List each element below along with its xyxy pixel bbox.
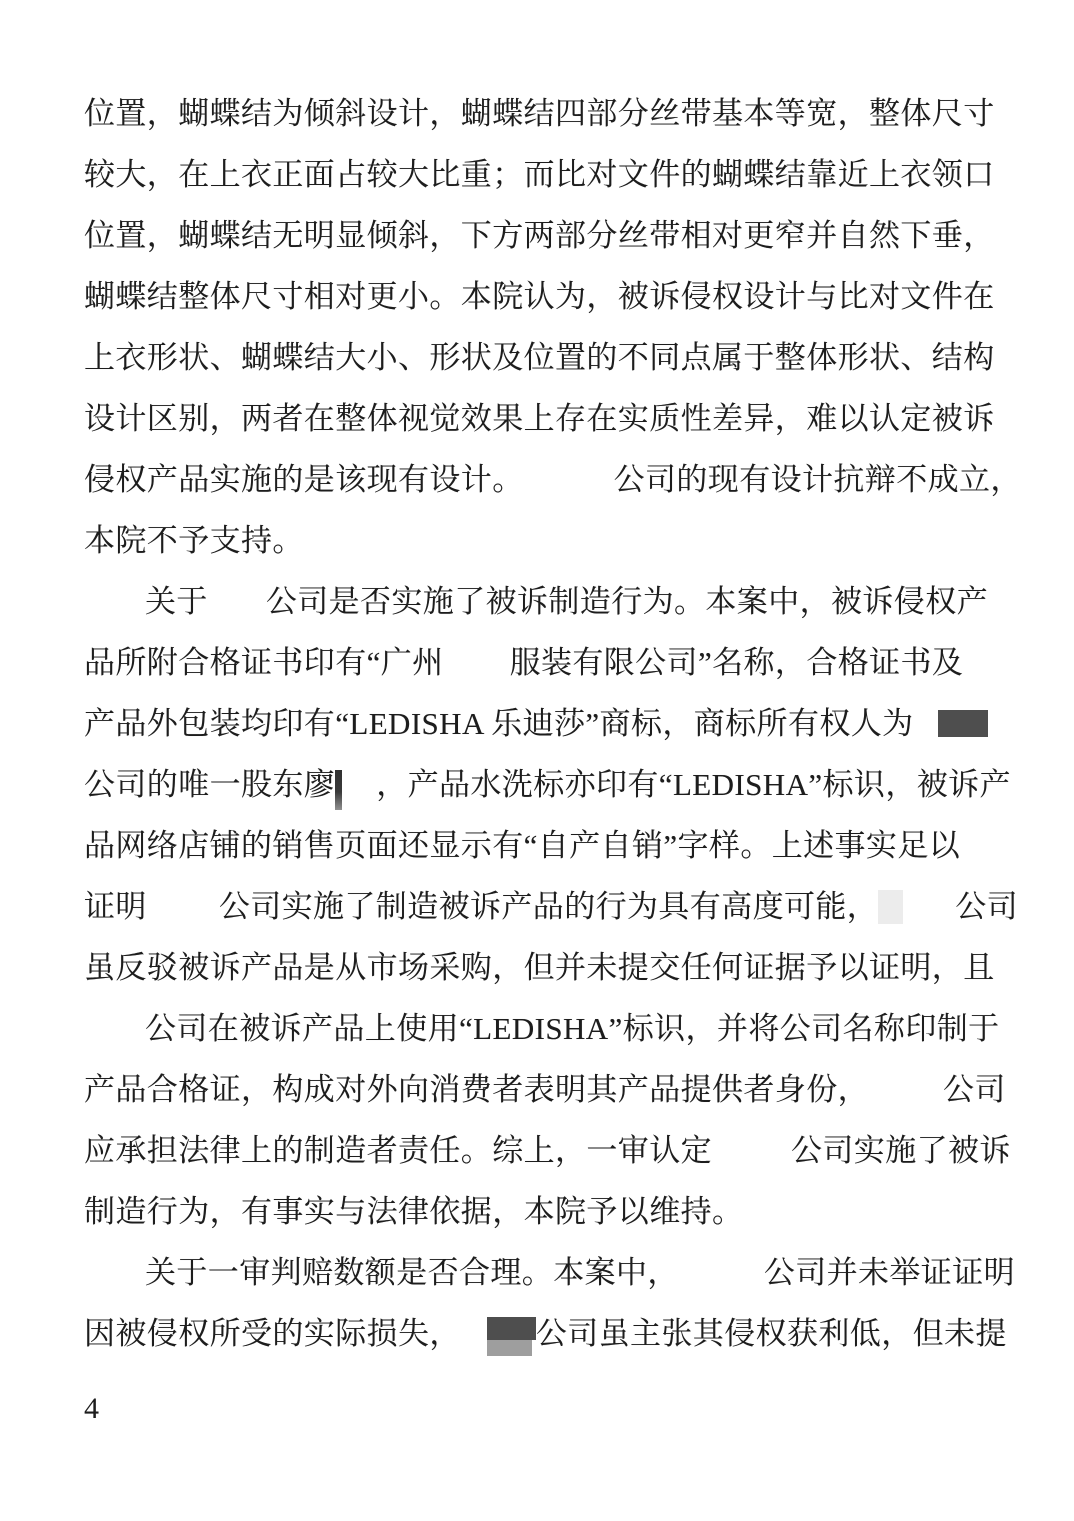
- page-number: 4: [84, 1392, 99, 1426]
- text-run: 本院不予支持。: [84, 510, 304, 571]
- text-line: 制造行为，有事实与法律依据，本院予以维持。: [84, 1181, 1002, 1242]
- text-line: 关于一审判赔数额是否合理。本案中，公司并未举证证明: [84, 1242, 1002, 1303]
- text-run: ，产品水洗标亦印有“LEDISHA”标识，被诉产: [376, 754, 1011, 815]
- text-line: 虽反驳被诉产品是从市场采购，但并未提交任何证据予以证明，且: [84, 937, 1002, 998]
- text-run: 产品外包装均印有“LEDISHA 乐迪莎”商标，商标所有权人为: [84, 693, 914, 754]
- text-run: 关于一审判赔数额是否合理。本案中，: [145, 1242, 679, 1303]
- text-line: 蝴蝶结整体尺寸相对更小。本院认为，被诉侵权设计与比对文件在: [84, 266, 1002, 327]
- text-run: 产品合格证，构成对外向消费者表明其产品提供者身份，: [84, 1059, 869, 1120]
- text-line: 因被侵权所受的实际损失，公司虽主张其侵权获利低，但未提: [84, 1303, 1002, 1364]
- text-run: 上衣形状、蝴蝶结大小、形状及位置的不同点属于整体形状、结构: [84, 327, 995, 388]
- text-run: 公司的唯一股东廖: [84, 754, 335, 815]
- text-line: 品所附合格证书印有“广州服装有限公司”名称，合格证书及: [84, 632, 1002, 693]
- text-run: 因被侵权所受的实际损失，: [84, 1303, 461, 1364]
- text-run: 虽反驳被诉产品是从市场采购，但并未提交任何证据予以证明，且: [84, 937, 995, 998]
- text-run: 蝴蝶结整体尺寸相对更小。本院认为，被诉侵权设计与比对文件在: [84, 266, 995, 327]
- text-run: 公司是否实施了被诉制造行为。本案中，被诉侵权产: [266, 571, 988, 632]
- text-line: 证明公司实施了制造被诉产品的行为具有高度可能，公司: [84, 876, 1002, 937]
- text-run: 公司: [955, 876, 1018, 937]
- text-line: 位置，蝴蝶结无明显倾斜，下方两部分丝带相对更窄并自然下垂，: [84, 205, 1002, 266]
- text-line: 设计区别，两者在整体视觉效果上存在实质性差异，难以认定被诉: [84, 388, 1002, 449]
- text-run: 品所附合格证书印有“广州: [84, 632, 444, 693]
- text-run: 公司: [943, 1059, 1006, 1120]
- text-run: 应承担法律上的制造者责任。综上，一审认定: [84, 1120, 712, 1181]
- redacted-gap: [903, 906, 955, 907]
- text-line: 较大，在上衣正面占较大比重；而比对文件的蝴蝶结靠近上衣领口: [84, 144, 1002, 205]
- text-line: 本院不予支持。: [84, 510, 1002, 571]
- redacted-gap: [869, 1089, 943, 1090]
- text-run: 位置，蝴蝶结无明显倾斜，下方两部分丝带相对更窄并自然下垂，: [84, 205, 995, 266]
- text-run: 公司的现有设计抗辩不成立，: [614, 449, 1022, 510]
- redaction-bar: [335, 770, 342, 810]
- text-run: 关于: [145, 571, 208, 632]
- text-line: 公司在被诉产品上使用“LEDISHA”标识，并将公司名称印制于: [84, 998, 1002, 1059]
- redacted-gap: [444, 662, 510, 663]
- redacted-gap: [679, 1272, 764, 1273]
- text-line: 上衣形状、蝴蝶结大小、形状及位置的不同点属于整体形状、结构: [84, 327, 1002, 388]
- text-run: 公司并未举证证明: [764, 1242, 1015, 1303]
- redacted-gap: [342, 784, 376, 785]
- document-page: 位置，蝴蝶结为倾斜设计，蝴蝶结四部分丝带基本等宽，整体尺寸较大，在上衣正面占较大…: [0, 0, 1074, 1521]
- redaction-box-light: [878, 890, 903, 924]
- text-run: 公司实施了制造被诉产品的行为具有高度可能，: [219, 876, 878, 937]
- text-run: 服装有限公司”名称，合格证书及: [510, 632, 964, 693]
- text-run: 设计区别，两者在整体视觉效果上存在实质性差异，难以认定被诉: [84, 388, 995, 449]
- redacted-gap: [524, 479, 614, 480]
- text-line: 品网络店铺的销售页面还显示有“自产自销”字样。上述事实足以: [84, 815, 1002, 876]
- redacted-gap: [147, 906, 219, 907]
- redacted-gap: [712, 1150, 791, 1151]
- redaction-stack-top: [487, 1317, 536, 1340]
- redaction-box-stacked: [487, 1317, 536, 1356]
- text-line: 位置，蝴蝶结为倾斜设计，蝴蝶结四部分丝带基本等宽，整体尺寸: [84, 83, 1002, 144]
- text-run: 品网络店铺的销售页面还显示有“自产自销”字样。上述事实足以: [84, 815, 960, 876]
- redacted-gap: [461, 1333, 487, 1334]
- text-line: 公司的唯一股东廖，产品水洗标亦印有“LEDISHA”标识，被诉产: [84, 754, 1002, 815]
- redaction-box-dark: [938, 710, 988, 737]
- text-line: 关于公司是否实施了被诉制造行为。本案中，被诉侵权产: [84, 571, 1002, 632]
- text-line: 产品合格证，构成对外向消费者表明其产品提供者身份，公司: [84, 1059, 1002, 1120]
- text-run: 公司虽主张其侵权获利低，但未提: [536, 1303, 1007, 1364]
- text-run: 侵权产品实施的是该现有设计。: [84, 449, 524, 510]
- text-run: 公司在被诉产品上使用“LEDISHA”标识，并将公司名称印制于: [145, 998, 1000, 1059]
- text-run: 制造行为，有事实与法律依据，本院予以维持。: [84, 1181, 743, 1242]
- redacted-gap: [914, 723, 938, 724]
- page-text: 位置，蝴蝶结为倾斜设计，蝴蝶结四部分丝带基本等宽，整体尺寸较大，在上衣正面占较大…: [84, 83, 1002, 1364]
- text-line: 应承担法律上的制造者责任。综上，一审认定公司实施了被诉: [84, 1120, 1002, 1181]
- text-run: 位置，蝴蝶结为倾斜设计，蝴蝶结四部分丝带基本等宽，整体尺寸: [84, 83, 995, 144]
- redacted-gap: [208, 601, 266, 602]
- text-run: 公司实施了被诉: [791, 1120, 1011, 1181]
- text-run: 证明: [84, 876, 147, 937]
- redaction-stack-bottom: [487, 1340, 532, 1356]
- text-line: 侵权产品实施的是该现有设计。公司的现有设计抗辩不成立，: [84, 449, 1002, 510]
- text-run: 较大，在上衣正面占较大比重；而比对文件的蝴蝶结靠近上衣领口: [84, 144, 995, 205]
- text-line: 产品外包装均印有“LEDISHA 乐迪莎”商标，商标所有权人为: [84, 693, 1002, 754]
